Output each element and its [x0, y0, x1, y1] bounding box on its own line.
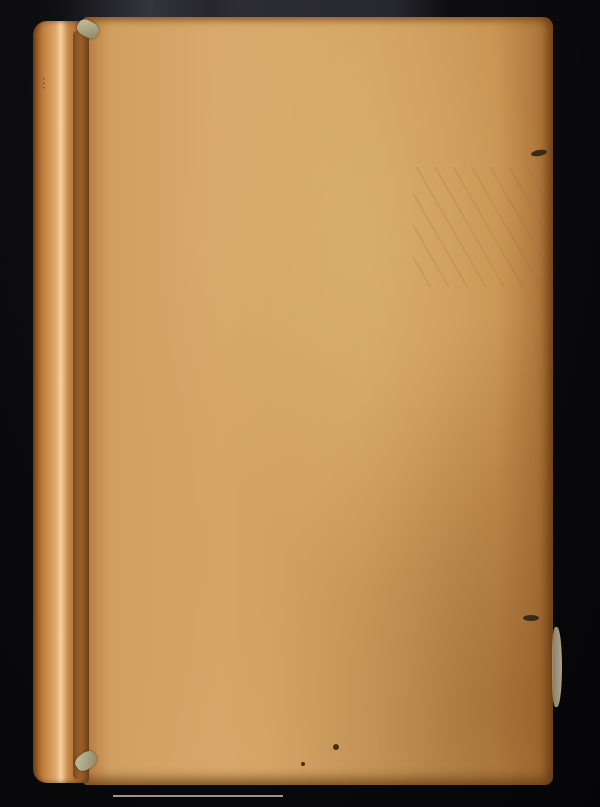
pencil-marks: [413, 167, 553, 287]
lower-tie-hole: [523, 615, 539, 621]
spine-hinge: [73, 31, 81, 779]
page-block-edge: [113, 795, 283, 797]
frayed-edge: [552, 627, 562, 707]
spine: ...: [33, 21, 89, 783]
spine-label: ...: [37, 77, 53, 91]
stain-spot: [301, 762, 305, 766]
stain-spot: [333, 744, 339, 750]
front-cover: [83, 17, 553, 785]
book: ...: [33, 17, 573, 791]
